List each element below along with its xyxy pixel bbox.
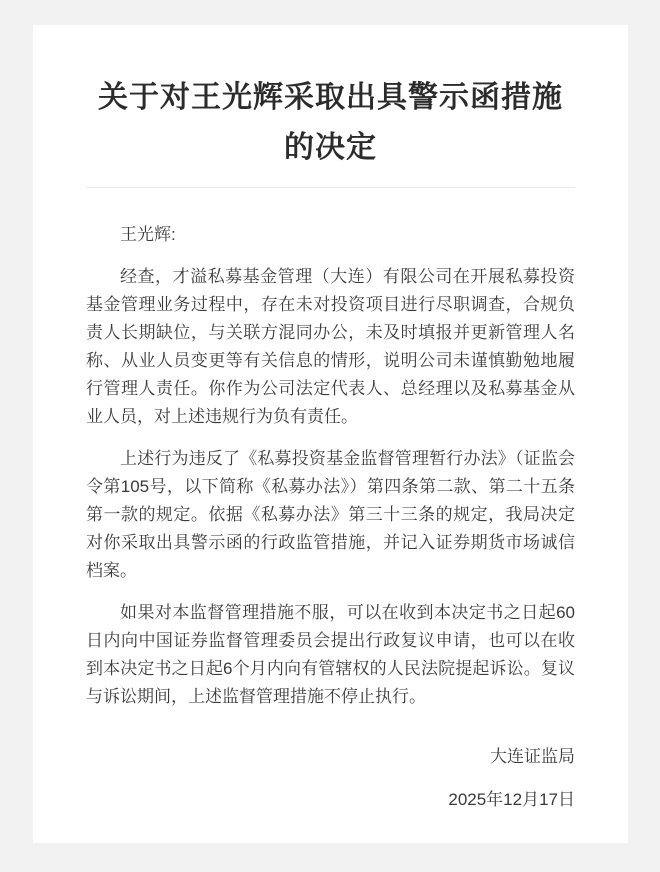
title-divider (86, 187, 575, 188)
greeting-line: 王光辉: (86, 221, 575, 249)
issuing-authority: 大连证监局 (86, 743, 575, 771)
document-card: 关于对王光辉采取出具警示函措施的决定 王光辉: 经查，才溢私募基金管理（大连）有… (33, 25, 628, 843)
page-background: { "document": { "title": "关于对王光辉采取出具警示函措… (0, 0, 660, 872)
paragraph-appeal-rights: 如果对本监督管理措施不服，可以在收到本决定书之日起60日内向中国证券监督管理委员… (86, 599, 575, 711)
paragraph-legal-basis: 上述行为违反了《私募投资基金监督管理暂行办法》（证监会令第105号，以下简称《私… (86, 445, 575, 585)
paragraph-findings: 经查，才溢私募基金管理（大连）有限公司在开展私募投资基金管理业务过程中，存在未对… (86, 263, 575, 431)
issue-date: 2025年12月17日 (86, 786, 575, 814)
document-title: 关于对王光辉采取出具警示函措施的决定 (86, 73, 575, 173)
document-body: 王光辉: 经查，才溢私募基金管理（大连）有限公司在开展私募投资基金管理业务过程中… (86, 221, 575, 711)
signature-block: 大连证监局 2025年12月17日 (86, 743, 575, 814)
